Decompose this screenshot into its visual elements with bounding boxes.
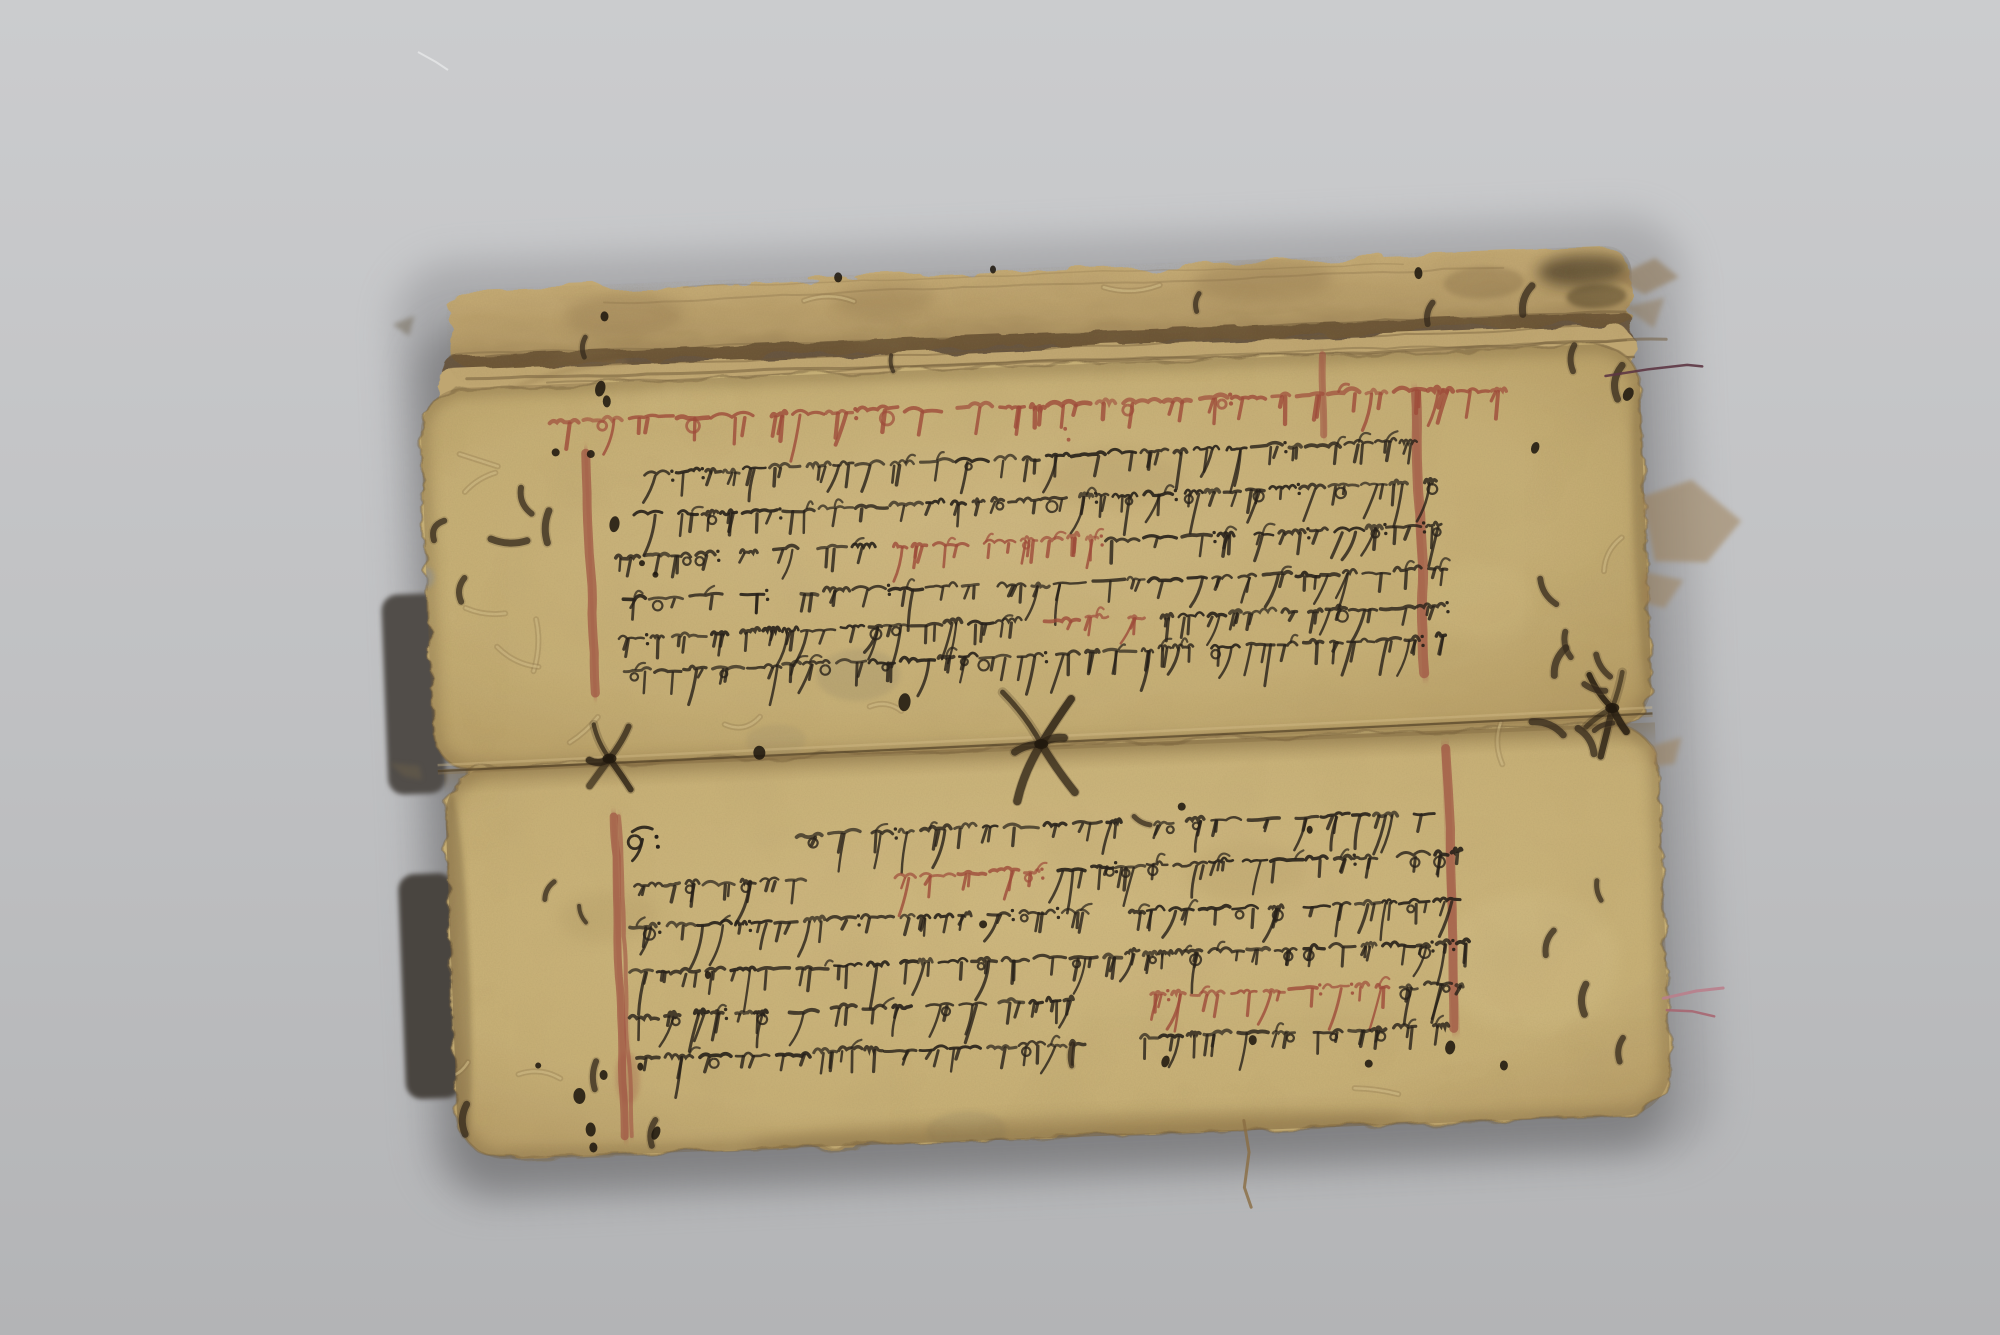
glyph-stem (1067, 655, 1069, 675)
glyph-stem (1394, 528, 1396, 543)
glyph-stem (756, 1014, 758, 1033)
glyph-stem (1359, 987, 1361, 1000)
glyph-stem (934, 626, 936, 641)
glyph-stem (1013, 961, 1015, 980)
glyph-stem (1148, 453, 1150, 469)
glyph-stem (745, 633, 748, 650)
glyph-head (1349, 1030, 1369, 1032)
glyph-head (1182, 534, 1211, 537)
paper-texture (403, 231, 1687, 1178)
glyph-stem (1284, 397, 1286, 424)
glyph-stem (1415, 904, 1417, 923)
glyph-stem (873, 1050, 876, 1071)
glyph-stem (1222, 862, 1224, 870)
glyph-stem (887, 663, 889, 680)
glyph-head (754, 1010, 767, 1014)
glyph-stem (1114, 823, 1116, 837)
glyph-stem (925, 626, 927, 643)
glyph-stem (860, 509, 862, 521)
glyph-head (637, 1056, 659, 1059)
glyph-stem (1236, 952, 1238, 960)
glyph-head (1093, 579, 1125, 581)
glyph-stem (1161, 955, 1163, 969)
glyph-stem (657, 638, 659, 658)
glyph-head (1271, 858, 1303, 861)
glyph-stem (1034, 408, 1036, 427)
glyph-stem (667, 1017, 669, 1025)
glyph-stem (1188, 648, 1190, 662)
glyph-stem (1019, 586, 1021, 602)
glyph-stem (1071, 539, 1073, 556)
glyph-stem (1187, 618, 1189, 634)
glyph-stem (756, 514, 758, 532)
glyph-stem (1315, 643, 1318, 663)
glyph-stem (818, 467, 820, 479)
glyph-stem (1255, 490, 1257, 503)
glyph-stem (1193, 1036, 1195, 1057)
glyph-stem (1427, 607, 1429, 614)
glyph-stem (619, 559, 621, 571)
glyph-stem (1384, 443, 1386, 453)
glyph-stem (987, 544, 989, 557)
glyph-stem (724, 885, 726, 899)
glyph-stem (1280, 397, 1283, 407)
glyph-stem (755, 595, 757, 613)
glyph-stem (1364, 947, 1366, 957)
glyph-stem (1310, 908, 1313, 916)
glyph-stem (773, 469, 775, 486)
glyph-stem (1317, 1033, 1319, 1053)
glyph-head (1159, 950, 1173, 954)
glyph-head (1070, 956, 1097, 958)
glyph-stem (710, 596, 713, 609)
glyph-stem (1407, 1028, 1409, 1037)
glyph-stem (1378, 394, 1381, 408)
glyph-head (1321, 574, 1339, 576)
glyph-stem (1292, 448, 1294, 460)
glyph-stem (728, 885, 730, 896)
glyph-stem (638, 1018, 640, 1039)
glyph-stem (638, 419, 640, 433)
glyph-stem (1066, 1001, 1068, 1014)
glyph-stem (1033, 502, 1035, 513)
glyph-stem (1419, 946, 1421, 953)
glyph-head (775, 922, 797, 924)
glyph-stem (1217, 862, 1219, 870)
glyph-stem (1418, 392, 1420, 407)
glyph-stem (739, 926, 741, 933)
glyph-stem (1228, 536, 1230, 554)
glyph-head (962, 584, 978, 586)
glyph-stem (1216, 579, 1218, 586)
glyph-head (1230, 610, 1241, 613)
glyph-stem (1353, 394, 1356, 411)
glyph-stem (1444, 945, 1446, 952)
paper-grain (403, 231, 1687, 1178)
glyph-head (901, 960, 916, 963)
glyph-head (1417, 944, 1429, 947)
glyph-stem (825, 549, 827, 567)
glyph-stem (855, 663, 857, 685)
glyph-stem (1217, 649, 1219, 666)
glyph-stem (851, 1051, 853, 1072)
glyph-stem (1335, 1033, 1337, 1042)
glyph-stem (960, 963, 962, 979)
glyph-stem (733, 418, 736, 444)
glyph-stem (1037, 1046, 1039, 1063)
glyph-head (992, 497, 1004, 501)
glyph-stem (1073, 405, 1076, 415)
glyph-stem (1038, 408, 1041, 425)
glyph-stem (841, 1051, 843, 1061)
glyph-stem (1280, 489, 1281, 499)
glyph-stem (1214, 910, 1216, 924)
glyph-head (1208, 613, 1226, 617)
glyph-head (1414, 813, 1434, 815)
glyph-stem (741, 1057, 744, 1067)
glyph-stem (1089, 959, 1091, 967)
glyph-stem (973, 587, 975, 598)
glyph-stem (1144, 1039, 1146, 1059)
glyph-stem (682, 926, 684, 939)
glyph-stem (1382, 988, 1384, 1007)
glyph-stem (838, 966, 840, 978)
glyph-stem (1161, 649, 1163, 666)
glyph-stem (1405, 572, 1407, 589)
glyph-stem (1315, 613, 1317, 623)
glyph-stem (803, 511, 805, 533)
glyph-stem (1110, 542, 1112, 563)
glyph-stem (872, 1010, 874, 1023)
glyph-stem (1341, 948, 1344, 966)
glyph-stem (1368, 610, 1371, 621)
glyph-stem (1121, 497, 1123, 511)
photo-stage (0, 0, 2000, 1335)
glyph-stem (1311, 989, 1313, 1006)
glyph-head (1224, 491, 1240, 493)
manuscript-book (368, 213, 1766, 1240)
glyph-stem (661, 973, 663, 980)
glyph-stem (1102, 404, 1104, 419)
glyph-stem (874, 834, 876, 852)
glyph-head (1187, 1032, 1200, 1036)
glyph-stem (1415, 392, 1417, 413)
glyph-stem (729, 514, 732, 535)
glyph-stem (927, 963, 929, 975)
glyph-stem (1054, 456, 1056, 476)
glyph-stem (707, 515, 709, 530)
glyph-stem (1028, 874, 1030, 886)
glyph-stem (845, 966, 848, 988)
glyph-stem (1007, 544, 1009, 553)
glyph-stem (1296, 448, 1297, 458)
glyph-stem (1188, 494, 1190, 506)
glyph-stem (1314, 577, 1316, 589)
glyph-head (741, 594, 764, 596)
glyph-stem (1151, 865, 1153, 879)
glyph-stem (1036, 1004, 1039, 1012)
manuscript-photo (0, 0, 2000, 1335)
glyph-stem (1343, 487, 1345, 494)
glyph-stem (1012, 828, 1015, 846)
glyph-stem (1319, 860, 1321, 876)
glyph-stem (1456, 853, 1458, 863)
glyph-stem (1304, 577, 1306, 590)
glyph-stem (694, 418, 696, 439)
glyph-stem (1392, 485, 1395, 505)
glyph-stem (1047, 542, 1050, 557)
glyph-head (869, 626, 881, 628)
glyph-stem (1076, 913, 1078, 927)
glyph-stem (845, 1009, 848, 1025)
glyph-stem (1251, 909, 1253, 927)
glyph-stem (968, 875, 970, 886)
glyph-stem (678, 637, 679, 645)
glyph-stem (890, 663, 892, 682)
glyph-stem (1157, 495, 1159, 515)
glyph-stem (664, 973, 666, 982)
glyph-stem (1056, 1001, 1058, 1022)
glyph-stem (1034, 460, 1036, 473)
glyph-stem (833, 592, 836, 606)
glyph-stem (1051, 1002, 1053, 1011)
glyph-stem (1009, 623, 1012, 637)
glyph-stem (974, 625, 976, 644)
